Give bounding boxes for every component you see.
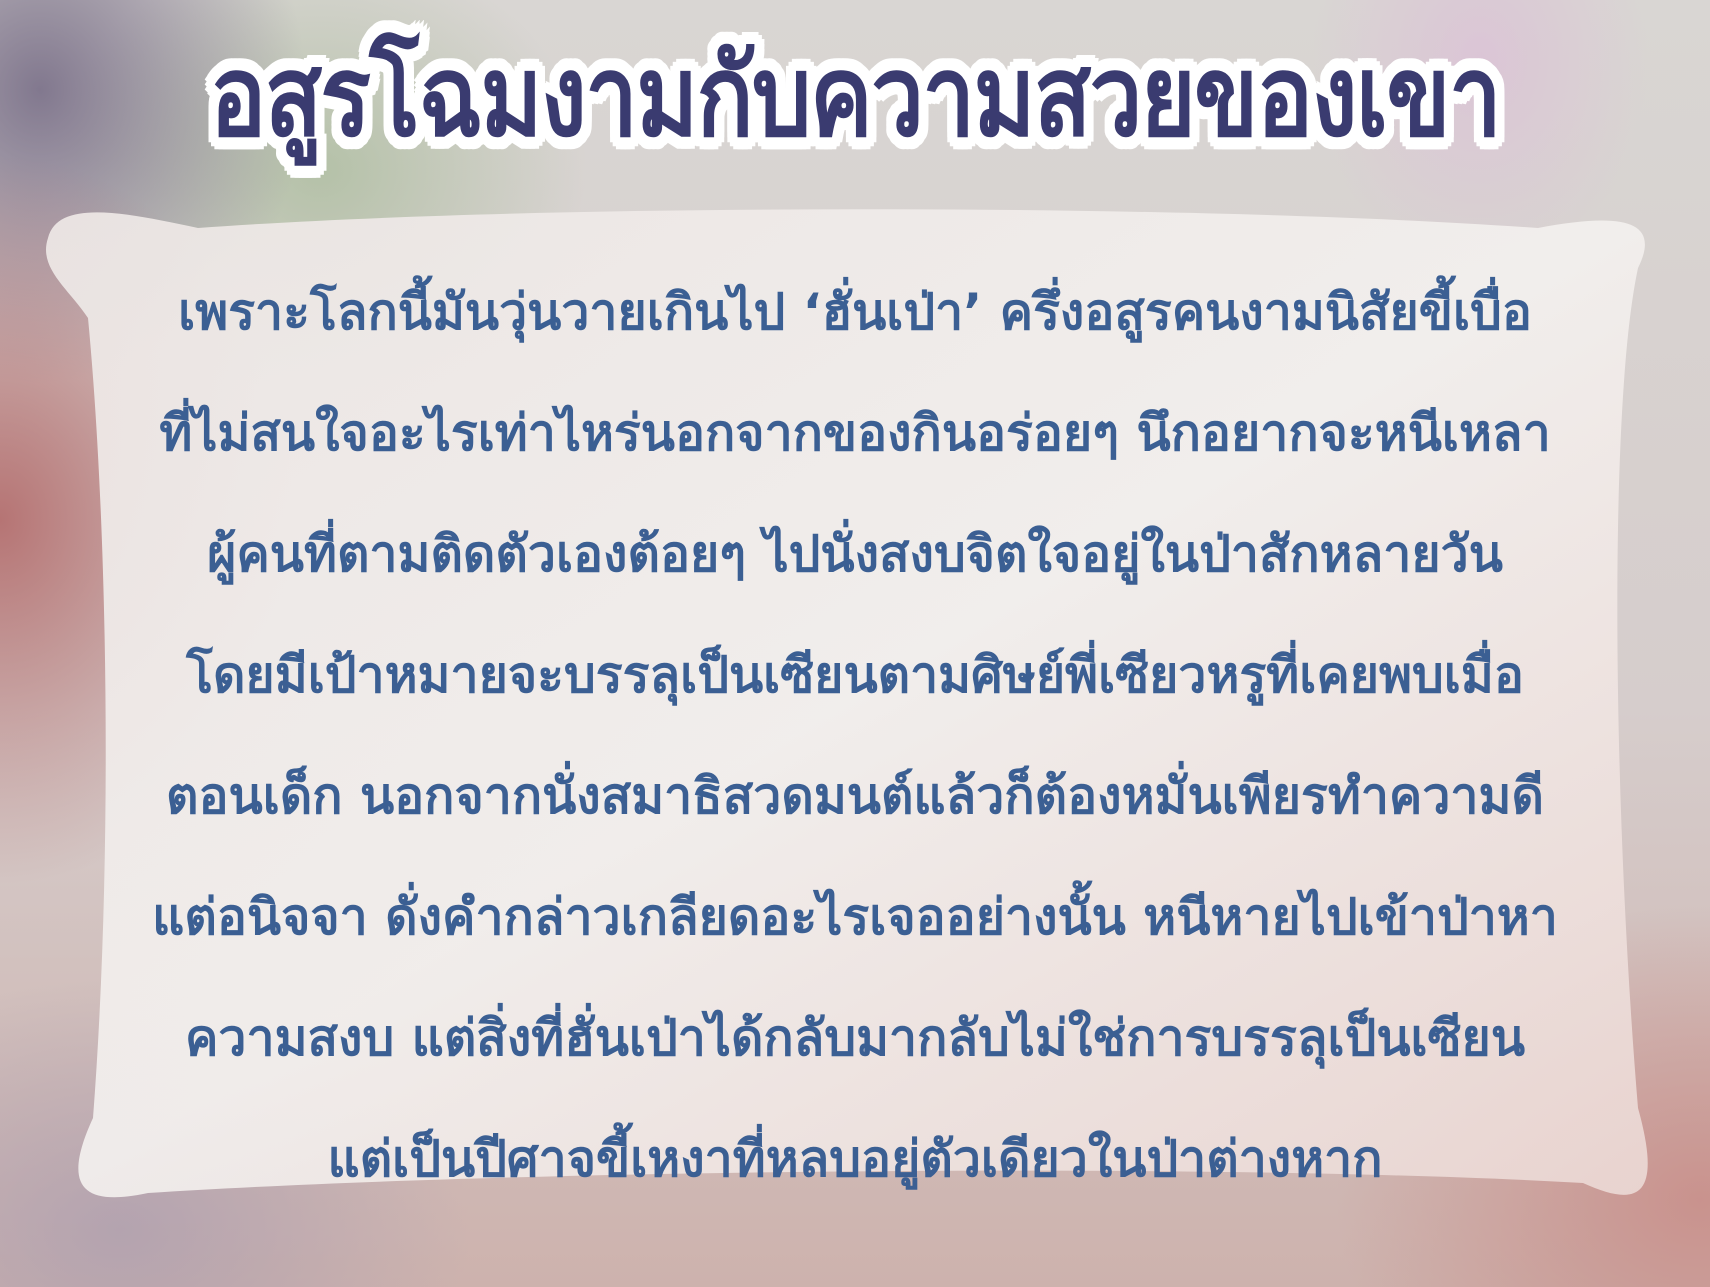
synopsis-line: ที่ไม่สนใจอะไรเท่าไหร่นอกจากของกินอร่อยๆ…: [0, 373, 1710, 494]
synopsis-line: ผู้คนที่ตามติดตัวเองต้อยๆ ไปนั่งสงบจิตใจ…: [0, 494, 1710, 615]
synopsis-line: ความสงบ แต่สิ่งที่ฮั่นเป่าได้กลับมากลับไ…: [0, 978, 1710, 1099]
synopsis-line: โดยมีเป้าหมายจะบรรลุเป็นเซียนตามศิษย์พี่…: [0, 615, 1710, 736]
page-title: อสูรโฉมงามกับความสวยของเขา: [137, 22, 1573, 172]
synopsis-line: แต่อนิจจา ดั่งคำกล่าวเกลียดอะไรเจออย่างน…: [0, 857, 1710, 978]
synopsis-line: แต่เป็นปีศาจขี้เหงาที่หลบอยู่ตัวเดียวในป…: [0, 1099, 1710, 1220]
synopsis-line: เพราะโลกนี้มันวุ่นวายเกินไป ‘ฮั่นเป่า’ ค…: [0, 252, 1710, 373]
synopsis-line: ตอนเด็ก นอกจากนั่งสมาธิสวดมนต์แล้วก็ต้อง…: [0, 736, 1710, 857]
synopsis-text: เพราะโลกนี้มันวุ่นวายเกินไป ‘ฮั่นเป่า’ ค…: [0, 252, 1710, 1220]
